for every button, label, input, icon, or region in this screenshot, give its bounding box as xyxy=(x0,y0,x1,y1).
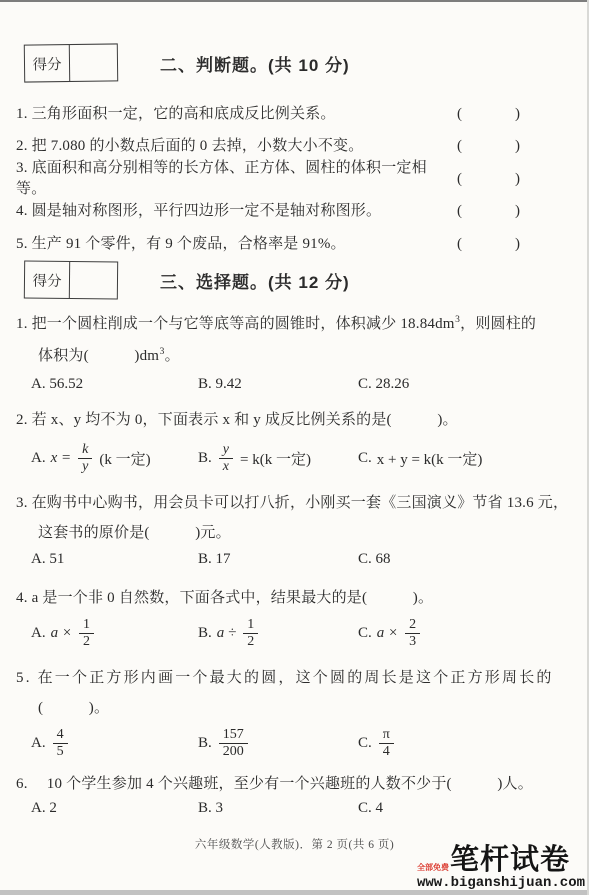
option-a: A. 51 xyxy=(31,551,198,568)
option-c: C. 68 xyxy=(358,551,558,568)
fraction-denominator: y xyxy=(82,459,88,475)
option-c: C. π4 xyxy=(358,727,558,760)
exam-paper-page: 得分 二、判断题。(共 10 分) 1. 三角形面积一定，它的高和底成反比例关系… xyxy=(0,0,589,895)
fraction-numerator: y xyxy=(219,442,233,459)
fraction-denominator: 2 xyxy=(247,634,254,650)
question-text: 。 xyxy=(165,348,180,364)
choice-q3-line1: 3. 在购书中心购书，用会员卡可以打八折，小刚买一套《三国演义》节省 13.6 … xyxy=(16,491,568,512)
choice-q2-text: 2. 若 x、y 均不为 0，下面表示 x 和 y 成反比例关系的是( )。 xyxy=(16,408,458,429)
option-label: B. xyxy=(198,450,212,467)
option-b: B. 9.42 xyxy=(198,376,358,393)
question-text: 体积为( )dm xyxy=(38,348,159,364)
choice-q5-line2: ( )。 xyxy=(38,696,109,717)
fraction-numerator: k xyxy=(78,442,92,459)
fraction: 45 xyxy=(53,727,68,760)
fraction: yx xyxy=(219,442,233,475)
fraction: 23 xyxy=(405,617,420,650)
question-text: 5. 生产 91 个零件，有 9 个废品，合格率是 91%。 xyxy=(16,232,346,253)
score-blank-cell xyxy=(70,44,117,81)
option-c: C. x + y = k(k 一定) xyxy=(358,448,558,469)
scan-edge-top xyxy=(0,0,589,2)
formula-pre: a ÷ xyxy=(217,625,236,642)
fraction: 157200 xyxy=(219,727,248,760)
option-label: A. xyxy=(31,735,46,752)
choice-q1-options: A. 56.52 B. 9.42 C. 28.26 xyxy=(31,376,558,393)
score-blank-cell xyxy=(70,262,117,298)
question-text: 1. 把一个圆柱削成一个与它等底等高的圆锥时，体积减少 18.84dm xyxy=(16,316,455,332)
fraction-denominator: 2 xyxy=(83,634,90,650)
option-a: A. a × 12 xyxy=(31,617,198,650)
option-label: A. xyxy=(31,450,46,467)
fraction-numerator: 1 xyxy=(243,617,258,634)
formula-pre: a × xyxy=(51,625,72,642)
answer-blank: ( ) xyxy=(457,167,522,188)
option-b: B. 3 xyxy=(198,800,358,817)
option-label: C. xyxy=(358,450,372,467)
choice-section-title: 三、选择题。(共 12 分) xyxy=(160,268,350,293)
option-label: B. xyxy=(198,625,212,642)
option-label: B. xyxy=(198,735,212,752)
fraction-numerator: 157 xyxy=(219,727,248,744)
question-text: 3. 底面积和高分别相等的长方体、正方体、圆柱的体积一定相等。 xyxy=(16,156,457,198)
question-text: ，则圆柱的 xyxy=(460,316,536,332)
judge-question-row: 4. 圆是轴对称图形，平行四边形一定不是轴对称图形。 ( ) xyxy=(16,194,522,227)
answer-blank: ( ) xyxy=(457,102,522,123)
choice-q5-options: A. 45 B. 157200 C. π4 xyxy=(31,722,558,764)
judge-question-row: 5. 生产 91 个零件，有 9 个废品，合格率是 91%。 ( ) xyxy=(16,226,522,259)
judge-question-row: 1. 三角形面积一定，它的高和底成反比例关系。 ( ) xyxy=(16,96,522,129)
option-label: A. xyxy=(31,625,46,642)
option-c: C. a × 23 xyxy=(358,617,558,650)
option-c: C. 28.26 xyxy=(358,376,558,393)
choice-q5-line1: 5. 在一个正方形内画一个最大的圆，这个圆的周长是这个正方形周长的 xyxy=(16,666,554,687)
fraction: π4 xyxy=(379,727,394,760)
choice-q1-line1: 1. 把一个圆柱削成一个与它等底等高的圆锥时，体积减少 18.84dm3，则圆柱… xyxy=(16,312,536,333)
choice-q3-line2: 这套书的原价是( )元。 xyxy=(38,521,231,542)
fraction-numerator: 1 xyxy=(79,617,94,634)
fraction-denominator: 5 xyxy=(57,744,64,760)
judge-question-list: 1. 三角形面积一定，它的高和底成反比例关系。 ( ) 2. 把 7.080 的… xyxy=(16,96,522,259)
fraction-denominator: 200 xyxy=(223,744,244,760)
choice-q4-text: 4. a 是一个非 0 自然数，下面各式中，结果最大的是( )。 xyxy=(16,586,433,607)
question-text: 2. 把 7.080 的小数点后面的 0 去掉，小数大小不变。 xyxy=(16,134,363,155)
answer-blank: ( ) xyxy=(457,134,522,155)
choice-q3-options: A. 51 B. 17 C. 68 xyxy=(31,551,558,568)
fraction-denominator: x xyxy=(223,459,229,475)
option-a: A. 56.52 xyxy=(31,376,198,393)
question-text: 1. 三角形面积一定，它的高和底成反比例关系。 xyxy=(16,102,336,123)
fraction-numerator: 4 xyxy=(53,727,68,744)
choice-q4-options: A. a × 12 B. a ÷ 12 C. a × 23 xyxy=(31,612,558,654)
option-c: C. 4 xyxy=(358,800,558,817)
fraction-numerator: π xyxy=(379,727,394,744)
fraction: ky xyxy=(78,442,92,475)
fraction: 12 xyxy=(243,617,258,650)
option-label: C. xyxy=(358,625,372,642)
formula-post: (k 一定) xyxy=(99,448,150,469)
option-b: B. 17 xyxy=(198,551,358,568)
option-b: B. a ÷ 12 xyxy=(198,617,358,650)
option-a: A. 2 xyxy=(31,800,198,817)
score-box: 得分 xyxy=(24,43,118,82)
option-b: B. 157200 xyxy=(198,727,358,760)
fraction: 12 xyxy=(79,617,94,650)
formula-pre: x = xyxy=(51,450,72,467)
question-text: 4. 圆是轴对称图形，平行四边形一定不是轴对称图形。 xyxy=(16,199,381,220)
answer-blank: ( ) xyxy=(457,199,522,220)
formula-pre: a × xyxy=(377,625,398,642)
fraction-numerator: 2 xyxy=(405,617,420,634)
score-label: 得分 xyxy=(25,262,70,298)
watermark-brand: 笔杆试卷 xyxy=(450,846,570,875)
judge-question-row: 3. 底面积和高分别相等的长方体、正方体、圆柱的体积一定相等。 ( ) xyxy=(16,161,522,194)
choice-q1-line2: 体积为( )dm3。 xyxy=(38,344,180,365)
option-b: B. yx = k(k 一定) xyxy=(198,442,358,475)
score-box: 得分 xyxy=(24,261,118,300)
judge-section-title: 二、判断题。(共 10 分) xyxy=(160,51,350,76)
watermark-row: 全部免费 笔杆试卷 xyxy=(417,846,585,875)
watermark-tag: 全部免费 xyxy=(417,864,449,872)
choice-section-header: 得分 三、选择题。(共 12 分) xyxy=(24,261,350,299)
option-a: A. x = ky (k 一定) xyxy=(31,442,198,475)
watermark: 全部免费 笔杆试卷 www.biganshijuan.com xyxy=(417,846,585,890)
watermark-url: www.biganshijuan.com xyxy=(417,876,585,890)
judge-section-header: 得分 二、判断题。(共 10 分) xyxy=(24,44,350,82)
formula-post: = k(k 一定) xyxy=(240,448,311,469)
score-label: 得分 xyxy=(25,45,70,82)
answer-blank: ( ) xyxy=(457,232,522,253)
choice-q6-text: 6. 10 个学生参加 4 个兴趣班，至少有一个兴趣班的人数不少于( )人。 xyxy=(16,772,533,793)
fraction-denominator: 3 xyxy=(409,634,416,650)
choice-q6-options: A. 2 B. 3 C. 4 xyxy=(31,800,558,817)
option-label: C. xyxy=(358,735,372,752)
choice-q2-options: A. x = ky (k 一定) B. yx = k(k 一定) C. x + … xyxy=(31,436,558,480)
fraction-denominator: 4 xyxy=(383,744,390,760)
option-a: A. 45 xyxy=(31,727,198,760)
formula-pre: x + y = k(k 一定) xyxy=(377,448,483,469)
